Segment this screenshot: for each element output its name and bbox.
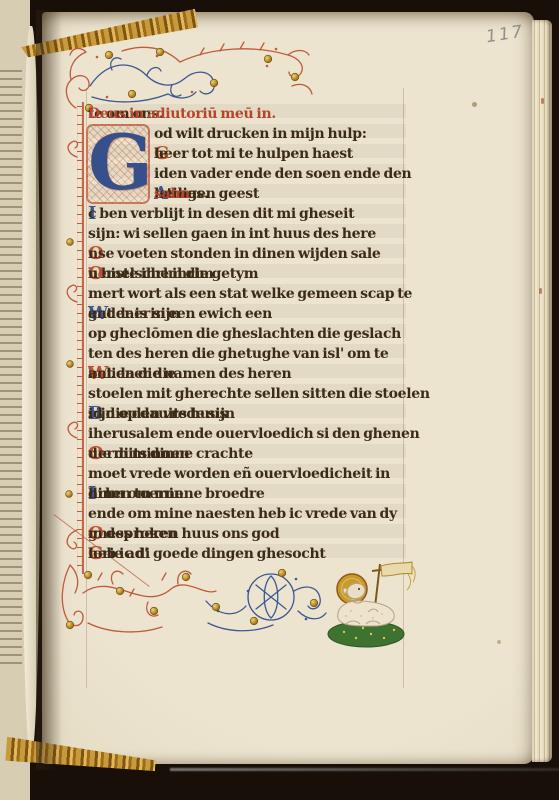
text-segment: uermits dinne crachte [88,444,253,464]
manuscript-line: mert wort als een stat welke gemeen scap… [88,284,406,304]
text-segment: Deus in adiutoriū meū in. [88,104,276,124]
manuscript-line: iden vader ende den soen ende den [154,164,406,184]
text-segment: sijn: wi sellen gaen in int huus des her… [88,224,376,244]
manuscript-line: iherusalem ende ouervloedich si den ghen… [88,424,406,444]
manuscript-line: Ic ben verblijt in desen dit mi gheseit [88,204,406,224]
text-segment: stoelen mit gherechte sellen sitten die … [88,384,430,404]
text-segment: iherusalem ende ouervloedich si den ghen… [88,424,420,444]
text-segment: ant daer die [88,364,176,384]
manuscript-line: sijn op dauits huus Bid die den vrede si… [88,404,406,424]
text-segment: od wilt drucken in mijn hulp: [154,124,367,144]
fore-edge-page-stack [532,20,552,762]
manuscript-line: moet vrede worden eñ ouervloedicheit in [88,464,406,484]
text-segment: ten des heren die ghetughe van isl' om t… [88,344,389,364]
manuscript-line: heb ic di goede dingen ghesocht Glorie a… [88,544,406,564]
manuscript-line: te om ons. Deus in adiutoriū meū in. [88,104,406,124]
top-penwork-ornament [62,42,312,112]
text-segment: ende om mine naesten heb ic vrede van dy [88,504,397,524]
left-penwork-border [62,102,88,574]
manuscript-line: belien die namen des heren Want daer die [88,364,406,384]
parchment-stain [497,640,501,644]
text-segment: iden vader ende den soen ende den [154,164,411,184]
lamb-eye [358,588,360,590]
manuscript-lines: te om ons. Deus in adiutoriū meū in.od w… [88,104,406,564]
parchment-stain [472,102,477,107]
text-segment: id die den vrede sijn [88,404,235,424]
manuscript-line: od wilt drucken in mijn hulp: [154,124,406,144]
lamb-body [338,601,394,626]
table-edge-highlight [170,768,559,771]
gutter-shadow [36,10,62,770]
text-segment: op gheclōmen die gheslachten die geslach [88,324,401,344]
fore-edge-fleck [541,98,544,104]
manuscript-line: dinen toerne Ihrlm om minne broedre [88,484,406,504]
text-segment: c ben verblijt in desen dit mi gheseit [88,204,354,224]
text-segment: m des heren huus ons god [88,524,279,544]
text-segment: ant daer sijn [88,304,180,324]
manuscript-line: gader is in een ewich een Want daer sijn [88,304,406,324]
text-segment: salm [154,184,190,204]
banner [381,562,412,576]
text-segment: mert wort als een stat welke gemeen scap… [88,284,412,304]
text-segment: moet vrede worden eñ ouervloedicheit in [88,464,390,484]
text-segment: nse voeten stonden in dinen wijden sale [88,244,381,264]
manuscript-photo: 117 [0,0,559,800]
manuscript-line: sijn: wi sellen gaen in int huus des her… [88,224,406,244]
agnus-dei-miniature [316,556,416,651]
manuscript-line: heiligen geest Alst was. salm [154,184,406,204]
text-segment: heer tot mi te hulpen haest [154,144,353,164]
fore-edge-fleck [539,288,542,294]
manuscript-line: op gheclōmen die gheslachten die geslach [88,324,406,344]
manuscript-line: stoelen mit gherechte sellen sitten die … [88,384,406,404]
manuscript-line: hemelsche ihrlm Ou biste ihrlm die getym [88,264,406,284]
manuscript-line: ghesproken Om des heren huus ons god [88,524,406,544]
bottom-penwork-ornament [58,563,328,648]
facing-page-showthrough [0,70,22,670]
manuscript-line: Onse voeten stonden in dinen wijden sale [88,244,406,264]
text-segment: u biste ihrlm die getym [88,264,258,284]
text-segment: lorie ad' [88,544,148,564]
manuscript-line: heer tot mi te hulpen haest Gle [154,144,406,164]
text-segment: le [154,144,168,164]
manuscript-line: ende om mine naesten heb ic vrede van dy [88,504,406,524]
text-segment: hrlm om minne broedre [88,484,265,504]
manuscript-line: die di minnen Ouermits dinne crachte [88,444,406,464]
manuscript-line: ten des heren die ghetughe van isl' om t… [88,344,406,364]
